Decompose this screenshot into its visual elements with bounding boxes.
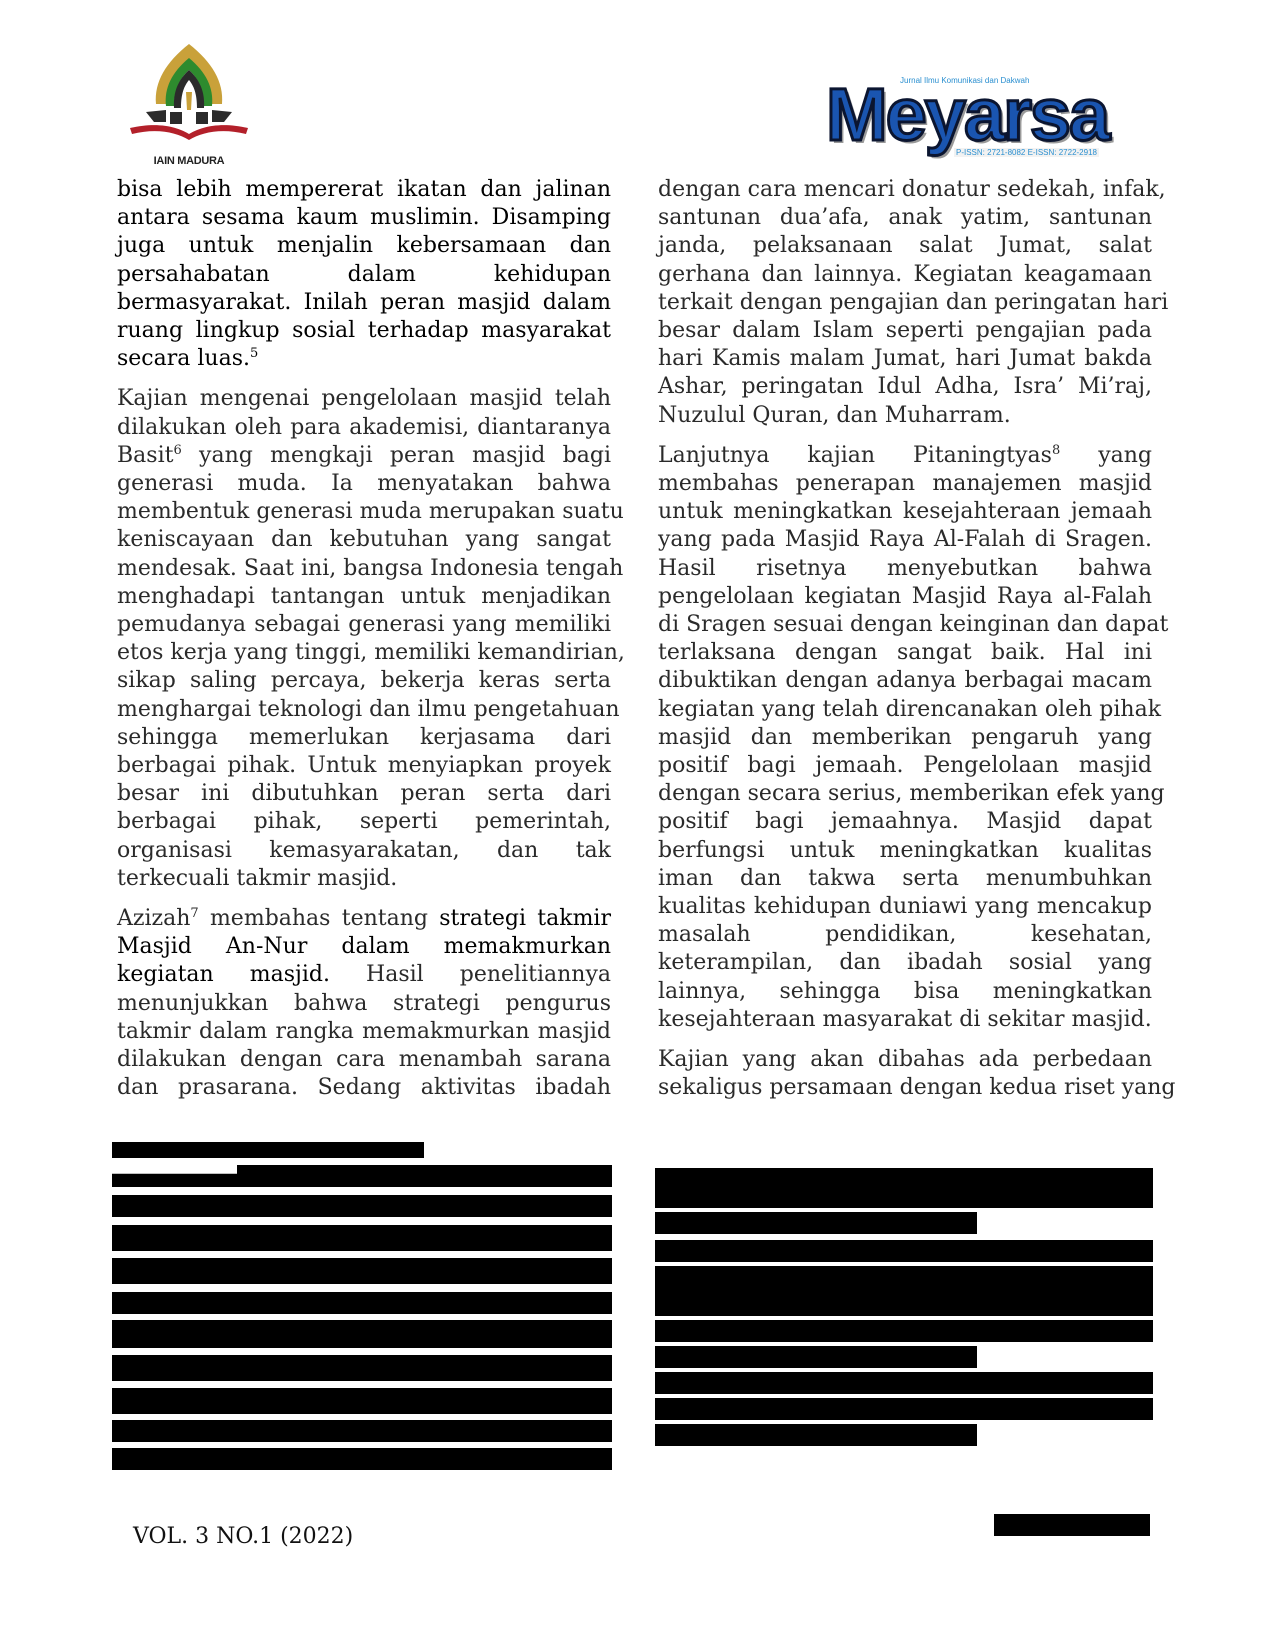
text-line: besar ini dibutuhkan peran serta dari <box>117 780 611 808</box>
text-line: kegiatan yang telah direncanakan oleh pi… <box>658 696 1152 724</box>
text-line: Azizah7 membahas tentang strategi takmir <box>117 905 611 933</box>
paragraph-5: Lanjutnya kajian Pitaningtyas8 yang memb… <box>658 442 1152 1034</box>
redacted-line <box>112 1448 612 1470</box>
footer-volume: VOL. 3 NO.1 (2022) <box>133 1524 353 1549</box>
text-line: janda, pelaksanaan salat Jumat, salat <box>658 232 1152 260</box>
text-line: dengan cara mencari donatur sedekah, inf… <box>658 176 1152 204</box>
text-line: membentuk generasi muda merupakan suatu <box>117 498 611 526</box>
text-line: yang pada Masjid Raya Al-Falah di Sragen… <box>658 526 1152 554</box>
redacted-line <box>112 1292 612 1314</box>
text-line: takmir dalam rangka memakmurkan masjid <box>117 1018 611 1046</box>
redacted-line <box>655 1424 977 1446</box>
redacted-line <box>112 1320 612 1348</box>
text-line: ruang lingkup sosial terhadap masyarakat <box>117 317 611 345</box>
text-line: bisa lebih mempererat ikatan dan jalinan <box>117 176 611 204</box>
redacted-line <box>112 1420 612 1442</box>
text-line: di Sragen sesuai dengan keinginan dan da… <box>658 611 1152 639</box>
left-column: bisa lebih mempererat ikatan dan jalinan… <box>117 176 611 1115</box>
paragraph-3: Azizah7 membahas tentang strategi takmir… <box>117 905 611 1102</box>
text-line: keniscayaan dan kebutuhan yang sangat <box>117 526 611 554</box>
iain-madura-logo: IAIN MADURA <box>126 42 252 167</box>
text-line: dibuktikan dengan adanya berbagai macam <box>658 667 1152 695</box>
text-line: membahas penerapan manajemen masjid <box>658 470 1152 498</box>
text-line: etos kerja yang tinggi, memiliki kemandi… <box>117 639 611 667</box>
text-line: berbagai pihak, seperti pemerintah, <box>117 808 611 836</box>
text-line: Nuzulul Quran, dan Muharram. <box>658 402 1152 430</box>
text-line: secara luas.5 <box>117 345 611 373</box>
footer-page-label-redacted <box>994 1514 1150 1536</box>
paragraph-6: Kajian yang akan dibahas ada perbedaan s… <box>658 1046 1152 1102</box>
text-line-content: Hasil penelitiannya <box>330 962 611 987</box>
text-line: menghadapi tantangan untuk menjadikan <box>117 583 611 611</box>
text-line: Kajian mengenai pengelolaan masjid telah <box>117 385 611 413</box>
footnote-ref-7[interactable]: 7 <box>190 906 198 921</box>
text-line: terkait dengan pengajian dan peringatan … <box>658 289 1152 317</box>
emphasis-text: kegiatan masjid. <box>117 962 330 987</box>
text-line: menunjukkan bahwa strategi pengurus <box>117 990 611 1018</box>
author-basit: Basit <box>117 443 173 468</box>
text-line-content: yang mengkaji peran masjid bagi <box>182 443 611 468</box>
redacted-line <box>112 1225 612 1251</box>
text-line-content: secara luas. <box>117 346 250 371</box>
text-line: dan prasarana. Sedang aktivitas ibadah <box>117 1074 611 1102</box>
meyarsa-journal-logo: Meyarsa Jurnal Ilmu Komunikasi dan Dakwa… <box>820 70 1120 162</box>
text-line: organisasi kemasyarakatan, dan tak <box>117 837 611 865</box>
text-line: kualitas kehidupan duniawi yang mencakup <box>658 893 1152 921</box>
text-line: Basit6 yang mengkaji peran masjid bagi <box>117 442 611 470</box>
text-line: Ashar, peringatan Idul Adha, Isra’ Mi’ra… <box>658 373 1152 401</box>
meyarsa-issn: P-ISSN: 2721-8082 E-ISSN: 2722-2918 <box>954 148 1099 157</box>
text-line: pemudanya sebagai generasi yang memiliki <box>117 611 611 639</box>
text-line: masjid dan memberikan pengaruh yang <box>658 724 1152 752</box>
text-line: positif bagi jemaahnya. Masjid dapat <box>658 808 1152 836</box>
text-line: dilakukan dengan cara menambah sarana <box>117 1046 611 1074</box>
paragraph-2: Kajian mengenai pengelolaan masjid telah… <box>117 385 611 893</box>
meyarsa-subtitle: Jurnal Ilmu Komunikasi dan Dakwah <box>900 76 1029 85</box>
redacted-line <box>112 1388 612 1414</box>
text-line: terkecuali takmir masjid. <box>117 865 611 893</box>
footnote-ref-6[interactable]: 6 <box>173 443 181 458</box>
text-line: juga untuk menjalin kebersamaan dan <box>117 232 611 260</box>
text-line: Kajian yang akan dibahas ada perbedaan <box>658 1046 1152 1074</box>
right-column: dengan cara mencari donatur sedekah, inf… <box>658 176 1152 1115</box>
text-line: berfungsi untuk meningkatkan kualitas <box>658 837 1152 865</box>
text-line: terlaksana dengan sangat baik. Hal ini <box>658 639 1152 667</box>
redacted-line <box>112 1165 612 1187</box>
footnote-separator-redacted <box>112 1142 424 1158</box>
meyarsa-wordmark: Meyarsa <box>826 78 1108 152</box>
redacted-line <box>112 1355 612 1381</box>
text-line: sekaligus persamaan dengan kedua riset y… <box>658 1074 1152 1102</box>
text-line: hari Kamis malam Jumat, hari Jumat bakda <box>658 345 1152 373</box>
emphasis-text: strategi takmir <box>439 906 611 931</box>
text-line-content: membahas tentang <box>199 906 440 931</box>
redacted-line <box>655 1266 1153 1316</box>
text-line: kegiatan masjid. Hasil penelitiannya <box>117 961 611 989</box>
text-line: generasi muda. Ia menyatakan bahwa <box>117 470 611 498</box>
footnote-ref-5[interactable]: 5 <box>250 346 258 361</box>
redacted-line <box>112 1258 612 1284</box>
text-line: sikap saling percaya, bekerja keras sert… <box>117 667 611 695</box>
text-line: bermasyarakat. Inilah peran masjid dalam <box>117 289 611 317</box>
text-line: pengelolaan kegiatan Masjid Raya al-Fala… <box>658 583 1152 611</box>
redacted-line <box>655 1240 1153 1262</box>
redacted-line <box>112 1195 612 1217</box>
text-line: positif bagi jemaah. Pengelolaan masjid <box>658 752 1152 780</box>
text-line: kesejahteraan masyarakat di sekitar masj… <box>658 1006 1152 1034</box>
redacted-line <box>655 1168 1153 1208</box>
text-line: gerhana dan lainnya. Kegiatan keagamaan <box>658 261 1152 289</box>
mosque-book-emblem-icon <box>126 42 252 152</box>
text-line: masalah pendidikan, kesehatan, <box>658 921 1152 949</box>
redacted-line <box>655 1212 977 1234</box>
iain-madura-caption: IAIN MADURA <box>126 155 252 167</box>
text-line-content: yang <box>1060 443 1152 468</box>
text-line: Hasil risetnya menyebutkan bahwa <box>658 555 1152 583</box>
text-line: lainnya, sehingga bisa meningkatkan <box>658 978 1152 1006</box>
text-line: menghargai teknologi dan ilmu pengetahua… <box>117 696 611 724</box>
text-line: mendesak. Saat ini, bangsa Indonesia ten… <box>117 555 611 583</box>
text-line: dilakukan oleh para akademisi, diantaran… <box>117 414 611 442</box>
text-line: Lanjutnya kajian Pitaningtyas8 yang <box>658 442 1152 470</box>
redacted-line <box>655 1398 1153 1420</box>
redacted-line <box>655 1372 1153 1394</box>
text-line: sehingga memerlukan kerjasama dari <box>117 724 611 752</box>
redacted-line <box>655 1320 1153 1342</box>
text-line: antara sesama kaum muslimin. Disamping <box>117 204 611 232</box>
text-line: iman dan takwa serta menumbuhkan <box>658 865 1152 893</box>
author-azizah: Azizah <box>117 906 190 931</box>
text-line: besar dalam Islam seperti pengajian pada <box>658 317 1152 345</box>
text-line: keterampilan, dan ibadah sosial yang <box>658 949 1152 977</box>
text-line: untuk meningkatkan kesejahteraan jemaah <box>658 498 1152 526</box>
paragraph-1: bisa lebih mempererat ikatan dan jalinan… <box>117 176 611 373</box>
paragraph-4: dengan cara mencari donatur sedekah, inf… <box>658 176 1152 430</box>
footnote-ref-8[interactable]: 8 <box>1052 443 1060 458</box>
redacted-line <box>655 1346 977 1368</box>
text-line: santunan dua’afa, anak yatim, santunan <box>658 204 1152 232</box>
text-line: dengan secara serius, memberikan efek ya… <box>658 780 1152 808</box>
text-line: berbagai pihak. Untuk menyiapkan proyek <box>117 752 611 780</box>
text-line: Masjid An-Nur dalam memakmurkan <box>117 933 611 961</box>
author-pitaningtyas: Lanjutnya kajian Pitaningtyas <box>658 443 1052 468</box>
text-line: persahabatan dalam kehidupan <box>117 261 611 289</box>
